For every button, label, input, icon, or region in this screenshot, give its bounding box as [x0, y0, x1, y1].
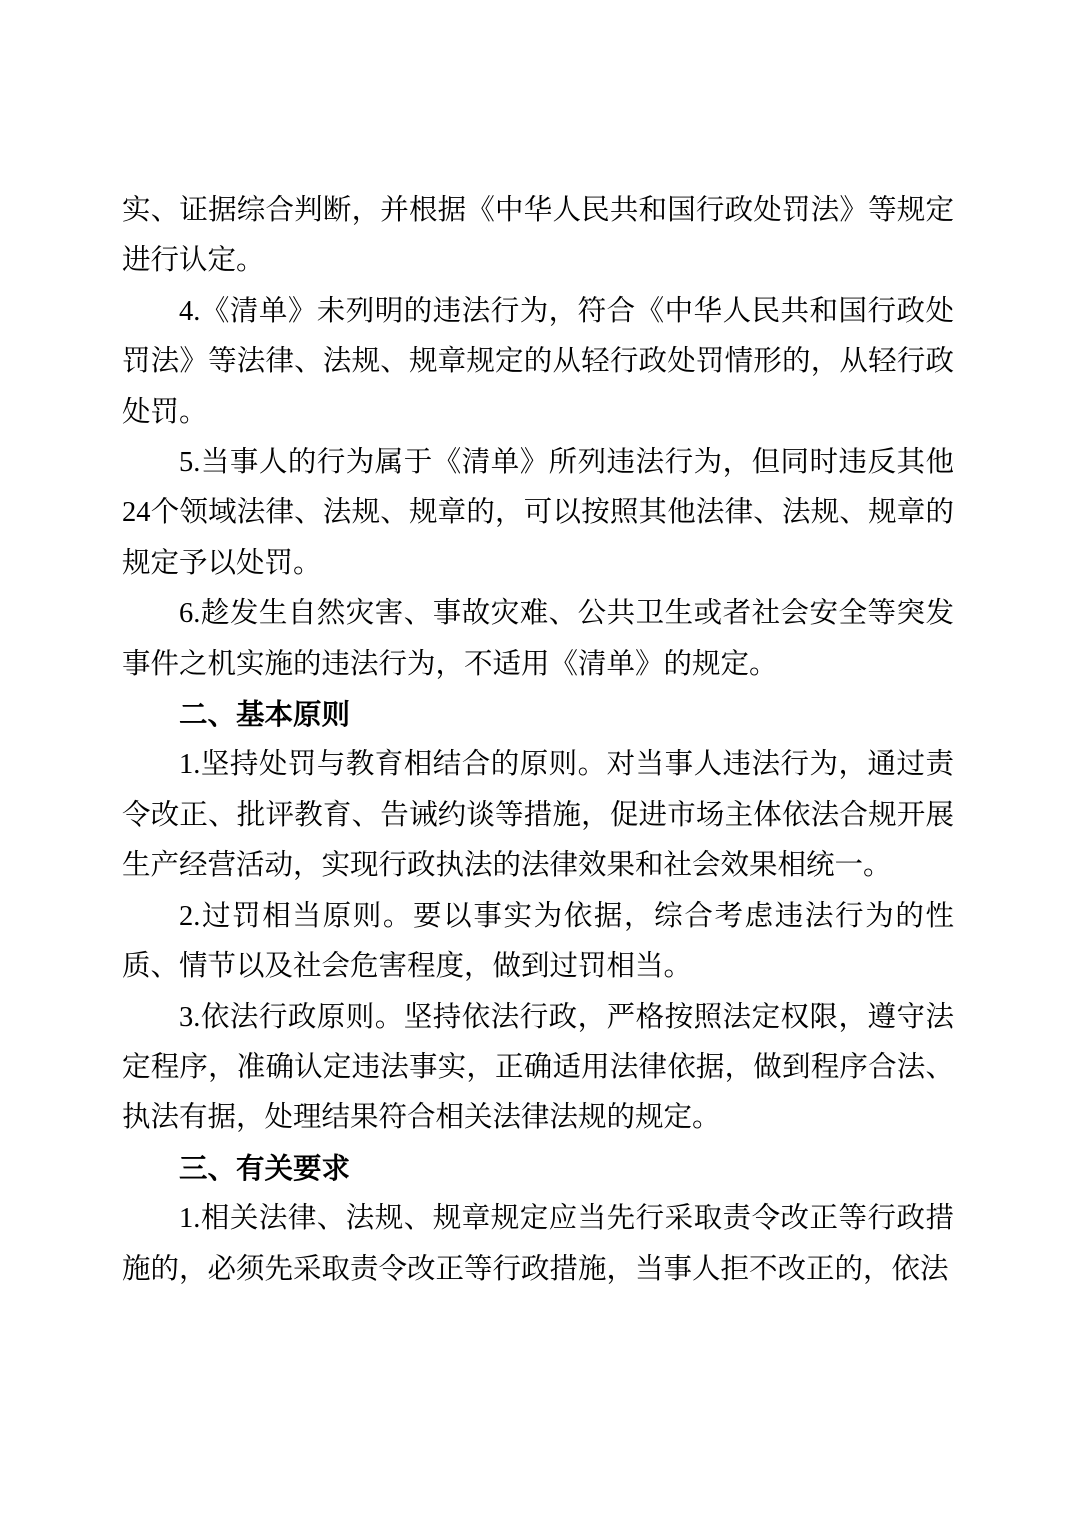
body-paragraph-item-6: 6.趁发生自然灾害、事故灾难、公共卫生或者社会安全等突发事件之机实施的违法行为，… [122, 589, 954, 690]
section-heading-requirements: 三、有关要求 [122, 1144, 954, 1194]
body-paragraph-principle-2: 2.过罚相当原则。要以事实为依据，综合考虑违法行为的性质、情节以及社会危害程度，… [122, 892, 954, 993]
body-paragraph-requirement-1: 1.相关法律、法规、规章规定应当先行采取责令改正等行政措施的，必须先采取责令改正… [122, 1194, 954, 1295]
document-page: 实、证据综合判断，并根据《中华人民共和国行政处罚法》等规定进行认定。 4.《清单… [0, 0, 1075, 1520]
body-paragraph-principle-3: 3.依法行政原则。坚持依法行政，严格按照法定权限，遵守法定程序，准确认定违法事实… [122, 993, 954, 1144]
body-paragraph-item-5: 5.当事人的行为属于《清单》所列违法行为，但同时违反其他24个领域法律、法规、规… [122, 438, 954, 589]
body-paragraph-item-4: 4.《清单》未列明的违法行为，符合《中华人民共和国行政处罚法》等法律、法规、规章… [122, 287, 954, 438]
body-paragraph-principle-1: 1.坚持处罚与教育相结合的原则。对当事人违法行为，通过责令改正、批评教育、告诫约… [122, 740, 954, 891]
section-heading-basic-principles: 二、基本原则 [122, 690, 954, 740]
body-paragraph-continuation: 实、证据综合判断，并根据《中华人民共和国行政处罚法》等规定进行认定。 [122, 186, 954, 287]
document-body-text: 实、证据综合判断，并根据《中华人民共和国行政处罚法》等规定进行认定。 4.《清单… [122, 186, 954, 1295]
